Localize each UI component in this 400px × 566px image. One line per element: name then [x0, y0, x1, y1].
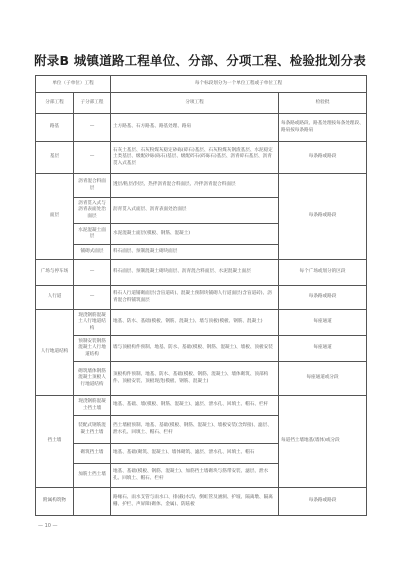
- batch-cell: 每道挡土墙地基(墙体)或分段: [279, 396, 367, 488]
- table-row-retaining: 挡土墙 现浇钢筋混凝土挡土墙 地基、基础、墙(模板、钢筋、混凝土)、滤层、泄水孔…: [36, 396, 367, 416]
- item-cell: 土方路基、石方路基、路基处理、路肩: [111, 114, 279, 142]
- page-title: 附录B 城镇道路工程单位、分部、分项工程、检验批划分表: [0, 51, 400, 69]
- item-cell: 料石人行道铺砌面层(含盲道砖)、混凝土预制块铺砌人行道面层(含盲道砖)、沥青混合…: [111, 286, 279, 310]
- subdivision-cell: 铺砌式面层: [74, 245, 111, 260]
- division-cell: 挡土墙: [36, 396, 74, 488]
- batch-cell: 每座通道: [279, 310, 367, 336]
- batch-cell: 每条路或路段: [279, 142, 367, 174]
- subdivision-cell: 装配式钢筋混凝土挡土墙: [74, 416, 111, 444]
- batch-cell: 每座通道: [279, 336, 367, 362]
- subdivision-cell: 沥青贯入式与沥青表面处治面层: [74, 198, 111, 224]
- table-row-base: 基层 — 石灰土基层、石灰粉煤灰稳定砂砾(碎石)基层、石灰粉煤灰钢渣基层、水泥稳…: [36, 142, 367, 174]
- item-cell: 料石面层、预制混凝土砌块面层、沥青混合料面层、水泥混凝土面层: [111, 260, 279, 286]
- division-cell: 基层: [36, 142, 74, 174]
- table-row-ancillary: 附属构筑物 路缘石、雨水支管与雨水口、排(截)水沟、倒虹管及涵洞、护坡、隔离墩、…: [36, 488, 367, 516]
- subdivision-header: 子分部工程: [74, 93, 111, 114]
- division-header: 分部工程: [36, 93, 74, 114]
- item-cell: 料石面层、预制混凝土砌块面层: [111, 245, 279, 260]
- header-row-columns: 分部工程 子分部工程 分项工程 检验批: [36, 93, 367, 114]
- table-row-plaza: 广场与停车场 — 料石面层、预制混凝土砌块面层、沥青混合料面层、水泥混凝土面层 …: [36, 260, 367, 286]
- subdivision-cell: 水泥混凝土面层: [74, 224, 111, 245]
- batch-cell: 每座通道或分段: [279, 362, 367, 396]
- subdivision-cell: —: [74, 286, 111, 310]
- item-cell: 墙与顶板构件预制、地基、防水、基础(模板、钢筋、混凝土)、墙板、顶板安装: [111, 336, 279, 362]
- item-cell: 沥青贯入式面层、沥青表面处治面层: [111, 198, 279, 224]
- division-cell: 面层: [36, 174, 74, 260]
- batch-cell: 每条路或路段: [279, 174, 367, 260]
- item-cell: 地基、基础(砌筑、混凝土)、墙体砌筑、滤层、泄水孔、回填土、帽石: [111, 444, 279, 464]
- table-row-underpass: 砌筑墙体钢筋混凝土顶板人行地道结构 顶板构件预制、地基、防水、基础(模板、钢筋、…: [36, 362, 367, 396]
- subdivision-cell: 加筋土挡土墙: [74, 464, 111, 488]
- item-cell: 挡土墙板预制、地基、基础(模板、钢筋、混凝土)、墙板安装(含焊接)、滤层、泄水孔…: [111, 416, 279, 444]
- subdivision-cell: 现浇钢筋混凝土人行地道结构: [74, 310, 111, 336]
- division-cell: 附属构筑物: [36, 488, 74, 516]
- item-cell: 顶板构件预制、地基、防水、基础(模板、钢筋、混凝土)、墙体砌筑、顶部构件、顶板安…: [111, 362, 279, 396]
- header-row-unit: 单位（子单位）工程 每个标段划分为一个单位工程或子单位工程: [36, 76, 367, 93]
- item-cell: 水泥混凝土面层(模板、钢筋、混凝土): [111, 224, 279, 245]
- page-number: — 10 —: [38, 523, 58, 529]
- table-row-sidewalk: 人行道 — 料石人行道铺砌面层(含盲道砖)、混凝土预制块铺砌人行道面层(含盲道砖…: [36, 286, 367, 310]
- table-row-surface: 面层 沥青混合料面层 透层/粘层/封层、热拌沥青混合料面层、冷拌沥青混合料面层 …: [36, 174, 367, 198]
- division-cell: 路基: [36, 114, 74, 142]
- division-cell: 广场与停车场: [36, 260, 74, 286]
- unit-project-description: 每个标段划分为一个单位工程或子单位工程: [111, 76, 367, 93]
- batch-cell: 每条路或路段: [279, 286, 367, 310]
- subdivision-cell: 预制安装钢筋混凝土人行地道结构: [74, 336, 111, 362]
- item-cell: 地基、防水、基础(模板、钢筋、混凝土)、墙与顶板(模板、钢筋、混凝土): [111, 310, 279, 336]
- table-row-roadbed: 路基 — 土方路基、石方路基、路基处理、路肩 每条路或路段、路基处理按每条处理段…: [36, 114, 367, 142]
- table-row-underpass: 人行地道结构 现浇钢筋混凝土人行地道结构 地基、防水、基础(模板、钢筋、混凝土)…: [36, 310, 367, 336]
- item-cell: 地基、基础(模板、钢筋、混凝土)、加筋挡土墙砌块与筋带安装、滤层、泄水孔、回填土…: [111, 464, 279, 488]
- item-cell: 路缘石、雨水支管与雨水口、排(截)水沟、倒虹管及涵洞、护坡、隔离墩、隔离栅、护栏…: [111, 488, 279, 516]
- division-cell: 人行地道结构: [36, 310, 74, 396]
- division-table: 单位（子单位）工程 每个标段划分为一个单位工程或子单位工程 分部工程 子分部工程…: [35, 75, 367, 516]
- subdivision-cell: [74, 488, 111, 516]
- batch-cell: 每条路或路段: [279, 488, 367, 516]
- item-cell: 透层/粘层/封层、热拌沥青混合料面层、冷拌沥青混合料面层: [111, 174, 279, 198]
- subdivision-cell: —: [74, 114, 111, 142]
- unit-project-header: 单位（子单位）工程: [36, 76, 111, 93]
- subdivision-cell: —: [74, 260, 111, 286]
- subdivision-cell: 现浇钢筋混凝土挡土墙: [74, 396, 111, 416]
- subdivision-cell: 砌筑挡土墙: [74, 444, 111, 464]
- batch-header: 检验批: [279, 93, 367, 114]
- table-row-underpass: 预制安装钢筋混凝土人行地道结构 墙与顶板构件预制、地基、防水、基础(模板、钢筋、…: [36, 336, 367, 362]
- batch-cell: 每个广场或划分的区段: [279, 260, 367, 286]
- division-cell: 人行道: [36, 286, 74, 310]
- subdivision-cell: 砌筑墙体钢筋混凝土顶板人行地道结构: [74, 362, 111, 396]
- subdivision-cell: 沥青混合料面层: [74, 174, 111, 198]
- item-cell: 石灰土基层、石灰粉煤灰稳定砂砾(碎石)基层、石灰粉煤灰钢渣基层、水泥稳定土类基层…: [111, 142, 279, 174]
- item-header: 分项工程: [111, 93, 279, 114]
- item-cell: 地基、基础、墙(模板、钢筋、混凝土)、滤层、泄水孔、回填土、帽石、栏杆: [111, 396, 279, 416]
- subdivision-cell: —: [74, 142, 111, 174]
- batch-cell: 每条路或路段、路基处理按每条处理段、路肩按每条路肩: [279, 114, 367, 142]
